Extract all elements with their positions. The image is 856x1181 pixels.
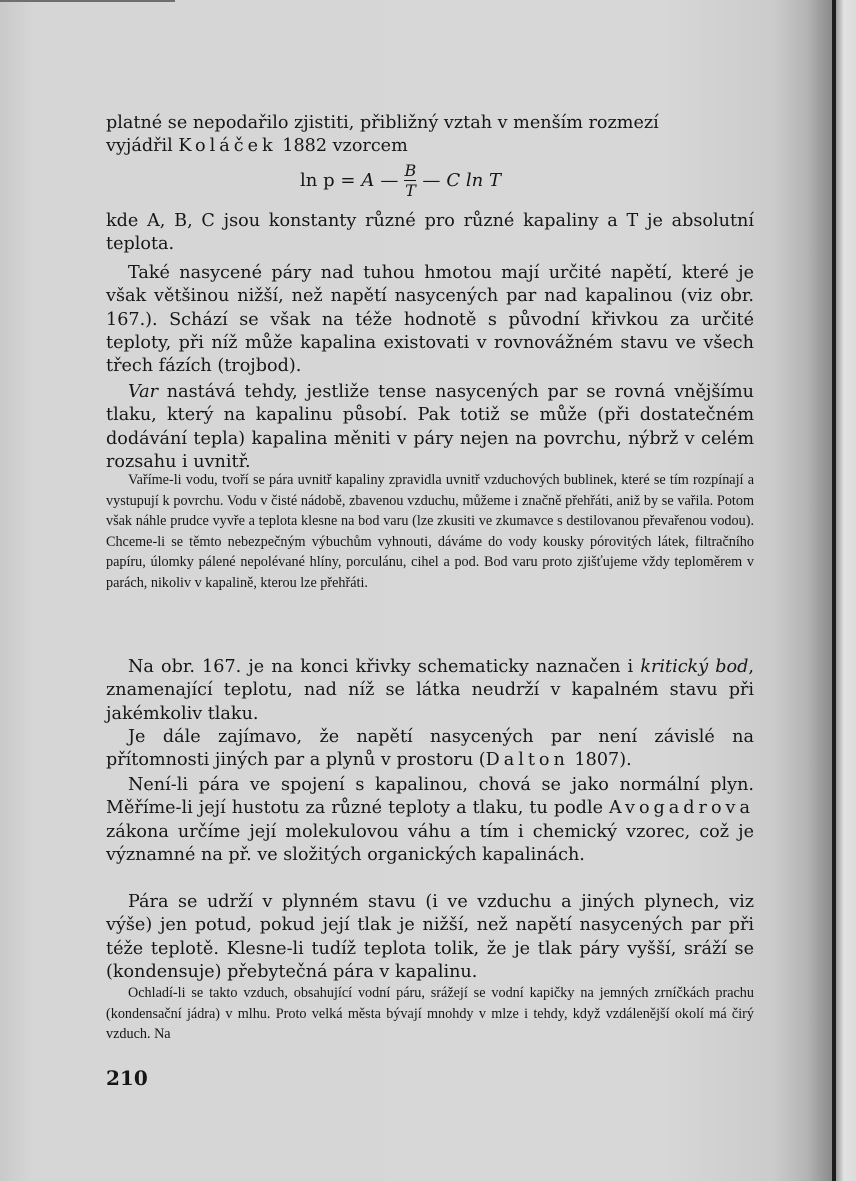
formula-minus: — bbox=[422, 170, 440, 191]
note-superheating: Vaříme-li vodu, tvoří se pára uvnitř kap… bbox=[106, 470, 754, 593]
fraction-denominator: T bbox=[405, 182, 416, 199]
author-name-kolacek: Koláček bbox=[178, 136, 276, 156]
dalton-pre: Je dále zajímavo, že napětí nasycených p… bbox=[106, 727, 754, 770]
boiling-body: nastává tehdy, jestliže tense nasycených… bbox=[106, 382, 754, 472]
superheating-note-text: Vaříme-li vodu, tvoří se pára uvnitř kap… bbox=[106, 470, 754, 593]
page-number: 210 bbox=[106, 1066, 148, 1090]
avogadro-text: Není-li pára ve spojení s kapalinou, cho… bbox=[106, 774, 754, 867]
paragraph-triple-point: Také nasycené páry nad tuhou hmotou mají… bbox=[106, 262, 754, 378]
term-var: Var bbox=[128, 382, 158, 402]
intro-line-2: vyjádřil Koláček 1882 vzorcem bbox=[106, 135, 754, 158]
triple-point-text: Také nasycené páry nad tuhou hmotou mají… bbox=[106, 262, 754, 378]
intro-line-1: platné se nepodařilo zjistiti, přibližný… bbox=[106, 112, 754, 135]
critical-pre: Na obr. 167. je na konci křivky schemati… bbox=[128, 657, 640, 677]
constants-text: kde A, B, C jsou konstanty různé pro růz… bbox=[106, 210, 754, 257]
book-page: platné se nepodařilo zjistiti, přibližný… bbox=[0, 0, 832, 1181]
intro-text-end: 1882 vzorcem bbox=[277, 136, 408, 156]
dalton-text: Je dále zajímavo, že napětí nasycených p… bbox=[106, 726, 754, 773]
condensation-text: Pára se udrží v plynném stavu (i ve vzdu… bbox=[106, 891, 754, 984]
note-fog: Ochladí-li se takto vzduch, obsahující v… bbox=[106, 983, 754, 1045]
paragraph-intro: platné se nepodařilo zjistiti, přibližný… bbox=[106, 112, 754, 159]
paragraph-condensation: Pára se udrží v plynném stavu (i ve vzdu… bbox=[106, 891, 754, 984]
paragraph-constants: kde A, B, C jsou konstanty různé pro růz… bbox=[106, 210, 754, 257]
dalton-post: 1807). bbox=[569, 750, 632, 770]
paragraph-dalton: Je dále zajímavo, že napětí nasycených p… bbox=[106, 726, 754, 773]
fraction-numerator: B bbox=[405, 162, 417, 179]
formula-lhs: ln p = bbox=[300, 170, 355, 191]
author-name-avogadro: Avogadrova bbox=[609, 798, 754, 818]
formula-fraction: B T bbox=[404, 162, 416, 199]
intro-text: vyjádřil bbox=[106, 136, 178, 156]
critical-point-text: Na obr. 167. je na konci křivky schemati… bbox=[106, 656, 754, 726]
kolacek-formula: ln p = A — B T — C ln T bbox=[300, 162, 501, 199]
paragraph-boiling: Var nastává tehdy, jestliže tense nasyce… bbox=[106, 381, 754, 474]
next-page-edge bbox=[836, 0, 856, 1181]
paragraph-avogadro: Není-li pára ve spojení s kapalinou, cho… bbox=[106, 774, 754, 867]
boiling-text: Var nastává tehdy, jestliže tense nasyce… bbox=[106, 381, 754, 474]
fog-note-text: Ochladí-li se takto vzduch, obsahující v… bbox=[106, 983, 754, 1045]
term-critical-point: kritický bod bbox=[640, 657, 748, 677]
author-name-dalton: Dalton bbox=[486, 750, 569, 770]
formula-rest: C ln T bbox=[446, 170, 501, 191]
avogadro-post: zákona určíme její molekulovou váhu a tí… bbox=[106, 822, 754, 865]
formula-a: A bbox=[361, 170, 374, 191]
page-edge-mark bbox=[0, 0, 175, 2]
formula-minus: — bbox=[380, 170, 398, 191]
paragraph-critical-point: Na obr. 167. je na konci křivky schemati… bbox=[106, 656, 754, 726]
